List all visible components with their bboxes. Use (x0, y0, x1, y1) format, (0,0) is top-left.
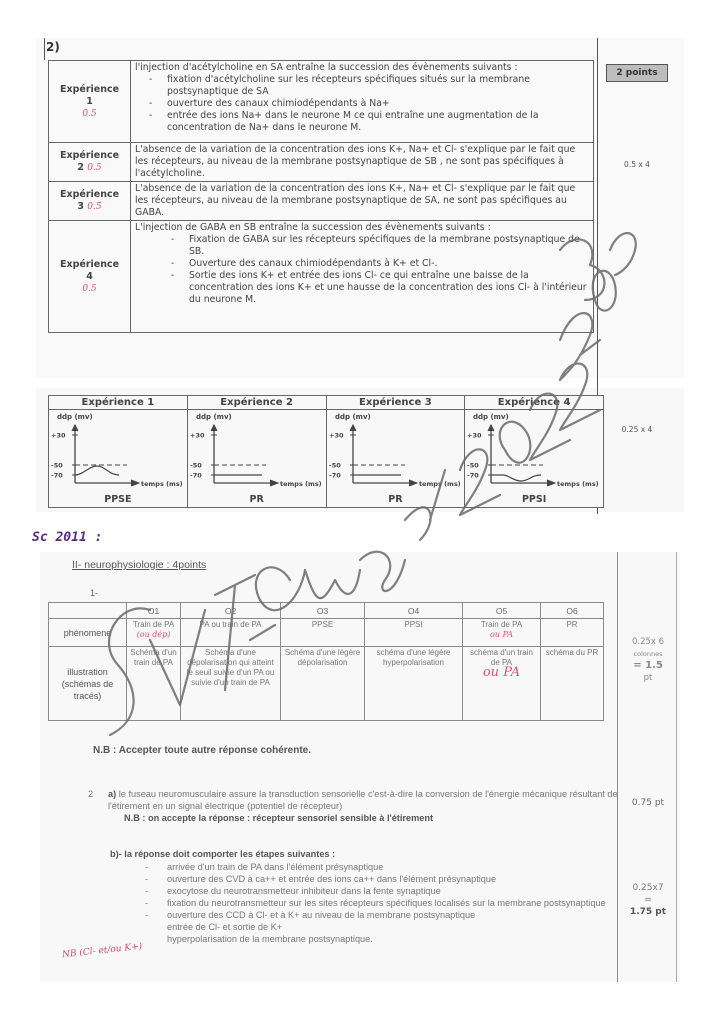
list-item: entrée de Cl- et sortie de K+ (145, 921, 620, 933)
graph-title: Expérience 4 (465, 396, 603, 410)
sub-question-label: a) (108, 789, 116, 799)
list-item: Sortie des ions K+ et entrée des ions Cl… (171, 270, 589, 306)
svg-text:ddp (mv): ddp (mv) (335, 413, 371, 421)
svg-text:-70: -70 (190, 472, 202, 480)
experience-number: 4 (86, 271, 93, 282)
table-cell: Schéma d'une dépolarisation qui atteint … (181, 647, 281, 721)
experience-cell: Expérience 2 0.5 (49, 143, 131, 182)
svg-text:-70: -70 (329, 472, 341, 480)
cell-text: Train de PA (133, 620, 174, 629)
question-label: 2) (46, 40, 60, 54)
svg-text:+30: +30 (190, 432, 205, 440)
experience-number: 2 (77, 162, 84, 173)
table-row: Expérience 4 0.5 L'injection de GABA en … (49, 221, 594, 333)
graph-panel: Expérience 2 ddp (mv)temps (ms)+30-50-70… (188, 396, 327, 507)
experience-title: Expérience (60, 150, 119, 161)
table-header-row: O1 O2 O3 O4 O5 O6 (49, 603, 604, 619)
graph-panel: Expérience 3 ddp (mv)temps (ms)+30-50-70… (327, 396, 466, 507)
table-cell: schéma d'un train de PAou PA (463, 647, 541, 721)
list-item: entrée des ions Na+ dans le neurone M ce… (149, 110, 589, 134)
list-item: fixation du neurotransmetteur sur les si… (145, 897, 620, 909)
section-title: Sc 2011 : (32, 530, 102, 545)
score-line: = (620, 894, 676, 906)
experience-cell: Expérience 3 0.5 (49, 182, 131, 221)
svg-text:-70: -70 (467, 472, 479, 480)
grader-note: (ou dép) (137, 630, 171, 639)
question-number: 2 (88, 788, 93, 800)
svg-text:temps (ms): temps (ms) (280, 480, 322, 488)
column-header (49, 603, 127, 619)
experience-text: L'absence de la variation de la concentr… (131, 143, 594, 182)
question-1-label: 1- (90, 588, 98, 598)
experience-number: 3 (77, 201, 84, 212)
grader-mark: 0.5 (87, 163, 101, 173)
grader-mark: 0.5 (87, 202, 101, 212)
list-item: exocytose du neurotransmetteur inhibiteu… (145, 885, 620, 897)
list-item: ouverture des canaux chimiodépendants à … (149, 98, 589, 110)
score-line: pt (620, 672, 676, 684)
graph-plot: ddp (mv)temps (ms)+30-50-70 (327, 411, 465, 491)
table-cell: schéma d'une légère hyperpolarisation (365, 647, 463, 721)
svg-text:+30: +30 (329, 432, 344, 440)
list-item: ouverture des CVD à ca++ et entrée des i… (145, 873, 620, 885)
experience-intro: l'injection d'acétylcholine en SA entraî… (135, 62, 589, 74)
row-header: phénomene (49, 619, 127, 647)
svg-text:+30: +30 (51, 432, 66, 440)
score-line: colonnes (620, 648, 676, 660)
table-cell: Schéma d'une légère dépolarisation (281, 647, 365, 721)
grader-note: ou PA (490, 630, 513, 639)
graph-caption: PPSE (49, 494, 187, 505)
svg-text:+30: +30 (467, 432, 482, 440)
graph-title: Expérience 3 (327, 396, 465, 410)
nb-note: N.B : Accepter toute autre réponse cohér… (93, 745, 311, 756)
step-list: arrivée d'un train de PA dans l'élément … (145, 861, 620, 945)
svg-text:-50: -50 (329, 462, 341, 470)
svg-text:temps (ms): temps (ms) (419, 480, 461, 488)
svg-text:-50: -50 (190, 462, 202, 470)
graph-panel: Expérience 4 ddp (mv)temps (ms)+30-50-70… (465, 396, 603, 507)
score-line: 1.75 pt (620, 906, 676, 918)
column-header: O2 (181, 603, 281, 619)
potential-graphs: Expérience 1 ddp (mv)temps (ms)+30-50-70… (48, 395, 604, 508)
grader-mark: 0.5 (49, 108, 130, 120)
graph-plot: ddp (mv)temps (ms)+30-50-70 (188, 411, 326, 491)
svg-text:ddp (mv): ddp (mv) (473, 413, 509, 421)
list-item: ouverture des CCD à Cl- et à K+ au nivea… (145, 909, 620, 921)
list-item: hyperpolarisation de la membrane postsyn… (145, 933, 620, 945)
oscillogram-table: O1 O2 O3 O4 O5 O6 phénomene Train de PA(… (48, 602, 604, 721)
table-cell: PA ou train de PA (181, 619, 281, 647)
cell-text: Train de PA (481, 620, 522, 629)
table-cell: schéma du PR (541, 647, 604, 721)
column-header: O6 (541, 603, 604, 619)
graph-plot: ddp (mv)temps (ms)+30-50-70 (465, 411, 603, 491)
points-badge: 2 points (606, 64, 668, 82)
table-cell: Train de PA(ou dép) (127, 619, 181, 647)
column-header: O5 (463, 603, 541, 619)
experience-text: l'injection d'acétylcholine en SA entraî… (131, 61, 594, 143)
table-cell: PR (541, 619, 604, 647)
nb-note: N.B : on accepte la réponse : récepteur … (124, 812, 618, 824)
score-column-right-edge (676, 552, 677, 982)
experience-intro: L'injection de GABA en SB entraîne la su… (135, 222, 589, 234)
graph-caption: PR (327, 494, 465, 505)
table-cell: PPSE (281, 619, 365, 647)
score-line: 0.25x 6 (620, 636, 676, 648)
section-heading: II- neurophysiologie : 4points (72, 559, 206, 571)
graph-title: Expérience 1 (49, 396, 187, 410)
graph-panel: Expérience 1 ddp (mv)temps (ms)+30-50-70… (49, 396, 188, 507)
row-header: illustration (schémas de tracés) (49, 647, 127, 721)
question-2b: b)- la réponse doit comporter les étapes… (110, 848, 620, 945)
graph-caption: PPSI (465, 494, 603, 505)
score-q1: 0.25x 6 colonnes = 1.5 pt (620, 636, 676, 684)
table-cell: PPSI (365, 619, 463, 647)
svg-text:-70: -70 (51, 472, 63, 480)
experience-text: L'absence de la variation de la concentr… (131, 182, 594, 221)
graph-plot: ddp (mv)temps (ms)+30-50-70 (49, 411, 187, 491)
experience-table: Expérience 1 0.5 l'injection d'acétylcho… (48, 60, 594, 333)
experience-cell: Expérience 1 0.5 (49, 61, 131, 143)
graph-caption: PR (188, 494, 326, 505)
score-experiences: 0.5 x 4 (606, 160, 668, 169)
experience-title: Expérience (60, 259, 119, 270)
experience-title: Expérience (60, 84, 119, 95)
list-item: Ouverture des canaux chimiodépendants à … (171, 258, 589, 270)
svg-text:ddp (mv): ddp (mv) (196, 413, 232, 421)
svg-text:-50: -50 (51, 462, 63, 470)
experience-title: Expérience (60, 189, 119, 200)
list-item: fixation d'acétylcholine sur les récepte… (149, 74, 589, 98)
graph-title: Expérience 2 (188, 396, 326, 410)
svg-text:ddp (mv): ddp (mv) (57, 413, 93, 421)
table-cell: Schéma d'un train de PA (127, 647, 181, 721)
score-q2a: 0.75 pt (620, 798, 676, 808)
score-graphs: 0.25 x 4 (606, 425, 668, 434)
event-list: fixation d'acétylcholine sur les récepte… (149, 74, 589, 134)
table-row: Expérience 1 0.5 l'injection d'acétylcho… (49, 61, 594, 143)
list-item: arrivée d'un train de PA dans l'élément … (145, 861, 620, 873)
experience-number: 1 (86, 96, 93, 107)
grader-note: ou PA (483, 665, 520, 680)
answer-text: le fuseau neuromusculaire assure la tran… (108, 789, 618, 811)
column-header: O4 (365, 603, 463, 619)
score-q2b: 0.25x7 = 1.75 pt (620, 882, 676, 918)
list-item: Fixation de GABA sur les récepteurs spéc… (171, 234, 589, 258)
experience-cell: Expérience 4 0.5 (49, 221, 131, 333)
table-cell: Train de PAou PA (463, 619, 541, 647)
table-row: Expérience 3 0.5 L'absence de la variati… (49, 182, 594, 221)
sub-question-heading: b)- la réponse doit comporter les étapes… (110, 848, 620, 860)
left-margin-line (44, 38, 45, 60)
column-header: O1 (127, 603, 181, 619)
svg-text:temps (ms): temps (ms) (557, 480, 599, 488)
experience-text: L'injection de GABA en SB entraîne la su… (131, 221, 594, 333)
column-header: O3 (281, 603, 365, 619)
score-line: = 1.5 (620, 660, 676, 672)
event-list: Fixation de GABA sur les récepteurs spéc… (171, 234, 589, 306)
table-row: illustration (schémas de tracés) Schéma … (49, 647, 604, 721)
table-row: phénomene Train de PA(ou dép) PA ou trai… (49, 619, 604, 647)
svg-text:-50: -50 (467, 462, 479, 470)
svg-text:temps (ms): temps (ms) (141, 480, 183, 488)
grader-mark: 0.5 (49, 283, 130, 295)
score-line: 0.25x7 (620, 882, 676, 894)
table-row: Expérience 2 0.5 L'absence de la variati… (49, 143, 594, 182)
question-2a: 2 a) le fuseau neuromusculaire assure la… (88, 788, 618, 824)
